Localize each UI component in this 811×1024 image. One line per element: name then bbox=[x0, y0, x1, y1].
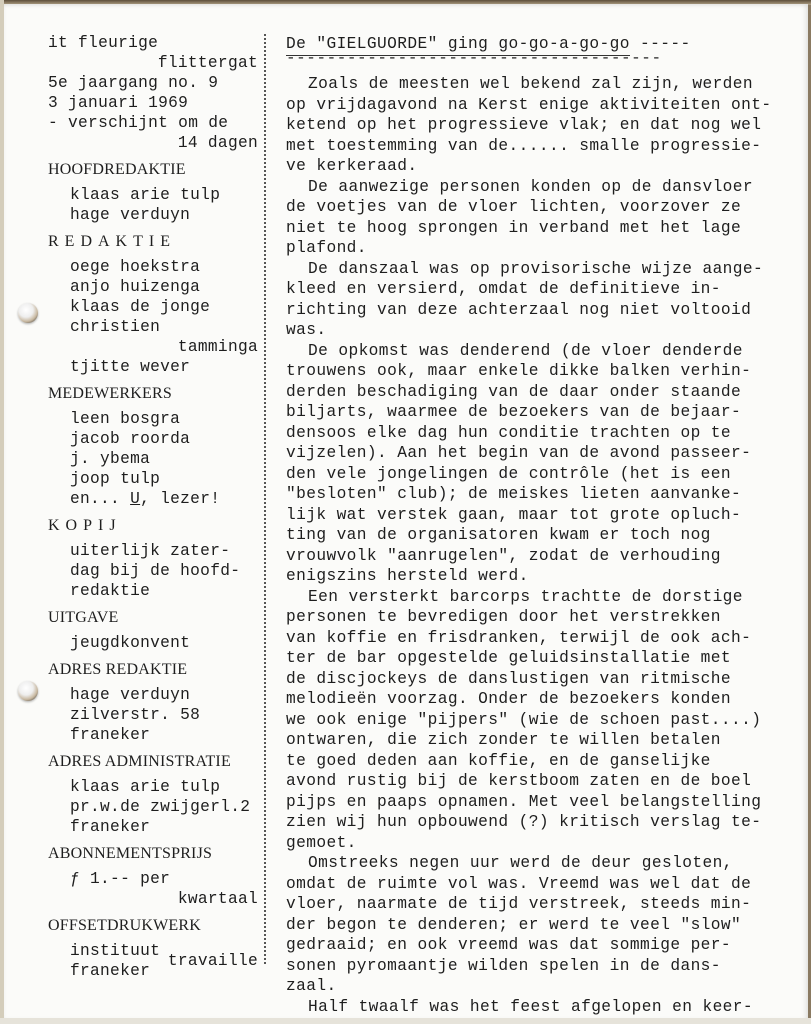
section-line: jeugdkonvent bbox=[48, 633, 258, 653]
hole-punch-icon bbox=[18, 681, 38, 701]
article-line: personen te bevredigen door het verstrek… bbox=[286, 607, 786, 628]
article-line: zaal. bbox=[286, 976, 786, 997]
masthead-line: flittergat bbox=[48, 53, 258, 73]
section-line: dag bij de hoofd- bbox=[48, 561, 258, 581]
article-line: De aanwezige personen konden op de dansv… bbox=[286, 177, 786, 198]
article-line: plafond. bbox=[286, 238, 786, 259]
section-heading: REDAKTIE bbox=[48, 232, 258, 252]
section-line: redaktie bbox=[48, 581, 258, 601]
colophon-section: UITGAVEjeugdkonvent bbox=[48, 608, 258, 653]
masthead-line: 3 januari 1969 bbox=[48, 93, 258, 113]
article-line: trouwens ook, maar enkele dikke balken v… bbox=[286, 361, 786, 382]
article-line: was. bbox=[286, 320, 786, 341]
article-line: sonen pyromaantje wilden spelen in de da… bbox=[286, 956, 786, 977]
article-line: Half twaalf was het feest afgelopen en k… bbox=[286, 997, 786, 1018]
article-title-text: De "GIELGUORDE" ging go-go-a-go-go bbox=[286, 34, 630, 56]
masthead-line: - verschijnt om de bbox=[48, 113, 258, 133]
article-line: omdat de ruimte vol was. Vreemd was wel … bbox=[286, 874, 786, 895]
colophon-section: KOPIJuiterlijk zater-dag bij de hoofd-re… bbox=[48, 516, 258, 601]
article-paragraph: De danszaal was op provisorische wijze a… bbox=[286, 259, 786, 341]
article-line: kleed en versierd, omdat de definitieve … bbox=[286, 279, 786, 300]
article-line: gemoet. bbox=[286, 833, 786, 854]
colophon-section: REDAKTIEoege hoekstraanjo huizengaklaas … bbox=[48, 232, 258, 377]
article-line: ting van de organisatoren kwam er toch n… bbox=[286, 525, 786, 546]
article-line: derden beschadiging van de daar onder st… bbox=[286, 382, 786, 403]
colophon-section: MEDEWERKERSleen bosgrajacob roordaj. ybe… bbox=[48, 384, 258, 509]
article-line: den vele jongelingen de contrôle (het is… bbox=[286, 464, 786, 485]
article-line: ontwaren, die zich zonder te willen beta… bbox=[286, 730, 786, 751]
column-divider bbox=[264, 34, 266, 964]
article-line: avond rustig bij de kerstboom zaten en d… bbox=[286, 771, 786, 792]
article-line: vrouwvolk "aanrugelen", zodat de verhoud… bbox=[286, 546, 786, 567]
article-line: vloer, naarmate de tijd verstreek, steed… bbox=[286, 894, 786, 915]
section-line: zilverstr. 58 bbox=[48, 705, 258, 725]
article-line: densoos elke dag hun conditie trachten o… bbox=[286, 423, 786, 444]
article-line: we ook enige "pijpers" (wie de schoen pa… bbox=[286, 710, 786, 731]
article-body: Zoals de meesten wel bekend zal zijn, we… bbox=[286, 74, 786, 1017]
section-line: en... U, lezer! bbox=[48, 489, 258, 509]
section-line: klaas arie tulp bbox=[48, 777, 258, 797]
section-line: klaas de jonge bbox=[48, 297, 258, 317]
colophon-section: OFFSETDRUKWERKinstituutfranekertravaille bbox=[48, 916, 258, 981]
article-line: op vrijdagavond na Kerst enige aktivitei… bbox=[286, 95, 786, 116]
masthead-line: 14 dagen bbox=[48, 133, 258, 153]
article-line: enigszins hersteld werd. bbox=[286, 566, 786, 587]
section-heading: MEDEWERKERS bbox=[48, 384, 258, 404]
article-line: "besloten" club); de meiskes lieten aanv… bbox=[286, 484, 786, 505]
section-line: uiterlijk zater- bbox=[48, 541, 258, 561]
colophon-section: HOOFDREDAKTIEklaas arie tulphage verduyn bbox=[48, 160, 258, 225]
superscript-text: travaille bbox=[168, 951, 258, 971]
section-line: tamminga bbox=[48, 337, 258, 357]
section-line: klaas arie tulp bbox=[48, 185, 258, 205]
article-paragraph: Een versterkt barcorps trachtte de dorst… bbox=[286, 587, 786, 854]
colophon: HOOFDREDAKTIEklaas arie tulphage verduyn… bbox=[48, 160, 258, 981]
article-line: de discjockeys de danslustigen van ritmi… bbox=[286, 669, 786, 690]
section-line: hage verduyn bbox=[48, 685, 258, 705]
hole-punch-icon bbox=[18, 303, 38, 323]
section-line: ƒ 1.-- per bbox=[48, 869, 258, 889]
article-line: pijps en paaps opnamen. Met veel belangs… bbox=[286, 792, 786, 813]
article-line: lijk wat verstek gaan, maar tot grote op… bbox=[286, 505, 786, 526]
article-line: De opkomst was denderend (de vloer dende… bbox=[286, 341, 786, 362]
article-line: Zoals de meesten wel bekend zal zijn, we… bbox=[286, 74, 786, 95]
section-line: kwartaal bbox=[48, 889, 258, 909]
section-line: pr.w.de zwijgerl.2 bbox=[48, 797, 258, 817]
section-line: franeker bbox=[48, 817, 258, 837]
article-paragraph: De aanwezige personen konden op de dansv… bbox=[286, 177, 786, 259]
page-bottom-edge bbox=[0, 1018, 811, 1024]
section-heading: HOOFDREDAKTIE bbox=[48, 160, 258, 180]
article-column: De "GIELGUORDE" ging go-go-a-go-go -----… bbox=[286, 34, 786, 1017]
article-line: melodieën voorzag. Onder de bezoekers ko… bbox=[286, 689, 786, 710]
section-line: franeker bbox=[48, 725, 258, 745]
section-heading: OFFSETDRUKWERK bbox=[48, 916, 258, 936]
article-paragraph: Zoals de meesten wel bekend zal zijn, we… bbox=[286, 74, 786, 177]
article-line: de voetjes van de vloer lichten, voorzov… bbox=[286, 197, 786, 218]
article-paragraph: Half twaalf was het feest afgelopen en k… bbox=[286, 997, 786, 1018]
section-heading: ADRES ADMINISTRATIE bbox=[48, 752, 258, 772]
colophon-section: ADRES REDAKTIEhage verduynzilverstr. 58f… bbox=[48, 660, 258, 745]
section-line: joop tulp bbox=[48, 469, 258, 489]
article-line: De danszaal was op provisorische wijze a… bbox=[286, 259, 786, 280]
section-line: christien bbox=[48, 317, 258, 337]
section-line: anjo huizenga bbox=[48, 277, 258, 297]
article-line: ter de bar opgestelde geluidsinstallatie… bbox=[286, 648, 786, 669]
section-heading: KOPIJ bbox=[48, 516, 258, 536]
section-heading: UITGAVE bbox=[48, 608, 258, 628]
article-title-rule: ------------------------------------- bbox=[286, 54, 786, 68]
article-line: Omstreeks negen uur werd de deur geslote… bbox=[286, 853, 786, 874]
article-line: vijzelen). Aan het begin van de avond pa… bbox=[286, 443, 786, 464]
article-line: Een versterkt barcorps trachtte de dorst… bbox=[286, 587, 786, 608]
article-line: te goed deden aan koffie, en de ganselij… bbox=[286, 751, 786, 772]
article-paragraph: Omstreeks negen uur werd de deur geslote… bbox=[286, 853, 786, 997]
masthead-line: 5e jaargang no. 9 bbox=[48, 73, 258, 93]
article-line: biljarts, waarmee de bezoekers van de be… bbox=[286, 402, 786, 423]
section-heading: ABONNEMENTSPRIJS bbox=[48, 844, 258, 864]
masthead-line: it fleurige bbox=[48, 33, 258, 53]
section-line: leen bosgra bbox=[48, 409, 258, 429]
article-line: met toestemming van de...... smalle prog… bbox=[286, 136, 786, 157]
article-line: richting van deze achterzaal nog niet vo… bbox=[286, 300, 786, 321]
article-title-tail: ----- bbox=[630, 35, 691, 53]
colophon-section: ADRES ADMINISTRATIEklaas arie tulppr.w.d… bbox=[48, 752, 258, 837]
article-line: gedraaid; en ook vreemd was dat sommige … bbox=[286, 935, 786, 956]
section-line: tjitte wever bbox=[48, 357, 258, 377]
colophon-section: ABONNEMENTSPRIJSƒ 1.-- perkwartaal bbox=[48, 844, 258, 909]
article-line: zien wij hun opbouwend (?) kritisch vers… bbox=[286, 812, 786, 833]
colophon-column: it fleurigeflittergat5e jaargang no. 93 … bbox=[48, 33, 258, 981]
article-title: De "GIELGUORDE" ging go-go-a-go-go ----- bbox=[286, 34, 786, 54]
section-line: jacob roorda bbox=[48, 429, 258, 449]
article-line: niet te hoog sprongen in verband met het… bbox=[286, 218, 786, 239]
article-line: van koffie en frisdranken, terwijl de oo… bbox=[286, 628, 786, 649]
section-heading: ADRES REDAKTIE bbox=[48, 660, 258, 680]
article-paragraph: De opkomst was denderend (de vloer dende… bbox=[286, 341, 786, 587]
section-line: franekertravaille bbox=[48, 961, 258, 981]
section-line: j. ybema bbox=[48, 449, 258, 469]
article-line: der begon te denderen; er werd te veel "… bbox=[286, 915, 786, 936]
underlined-text: U bbox=[130, 490, 140, 508]
section-line: oege hoekstra bbox=[48, 257, 258, 277]
article-line: ketend op het progressieve vlak; en dat … bbox=[286, 115, 786, 136]
article-line: ve kerkeraad. bbox=[286, 156, 786, 177]
masthead: it fleurigeflittergat5e jaargang no. 93 … bbox=[48, 33, 258, 153]
section-line: hage verduyn bbox=[48, 205, 258, 225]
